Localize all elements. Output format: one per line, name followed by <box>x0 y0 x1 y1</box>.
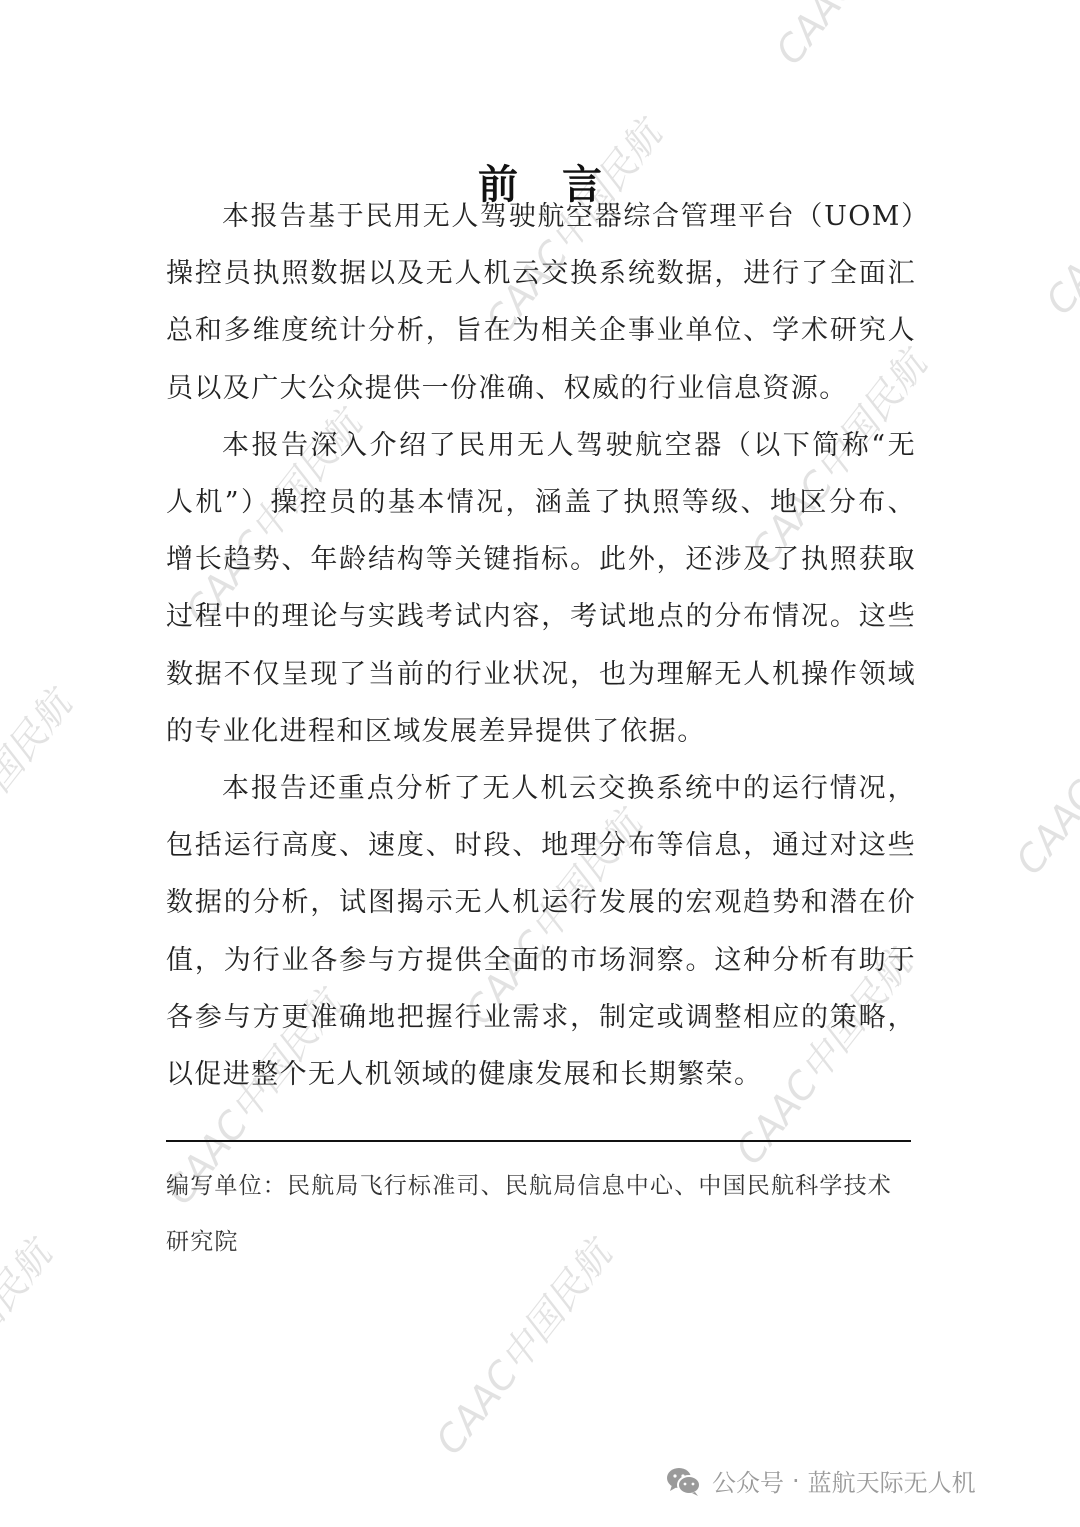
footer-prefix: 公众号 <box>712 1463 784 1498</box>
watermark: CAAC中国民航 <box>760 0 962 74</box>
paragraph: 本报告还重点分析了无人机云交换系统中的运行情况，包括运行高度、速度、时段、地理分… <box>166 760 916 1103</box>
footer-account-name: 蓝航天际无人机 <box>808 1463 976 1498</box>
wechat-icon <box>666 1466 702 1496</box>
watermark: CAAC中国民航 <box>0 1227 62 1463</box>
footer-brand: 公众号 · 蓝航天际无人机 <box>666 1463 976 1498</box>
watermark: CAAC中国民航 <box>1000 647 1080 883</box>
watermark: CAAC中国民航 <box>0 677 82 913</box>
preface-body: 本报告基于民用无人驾驶航空器综合管理平台（UOM）操控员执照数据以及无人机云交换… <box>166 188 916 1103</box>
compiler-note: 编写单位：民航局飞行标准司、民航局信息中心、中国民航科学技术研究院 <box>166 1158 916 1270</box>
document-page: CAAC中国民航 CAAC中国民航 CAAC中国民航 CAAC中国民航 CAAC… <box>0 0 1080 1527</box>
paragraph: 本报告深入介绍了民用无人驾驶航空器（以下简称“无人机”）操控员的基本情况，涵盖了… <box>166 417 916 760</box>
footer-separator: · <box>792 1467 800 1495</box>
paragraph: 本报告基于民用无人驾驶航空器综合管理平台（UOM）操控员执照数据以及无人机云交换… <box>166 188 916 417</box>
divider <box>166 1140 911 1142</box>
